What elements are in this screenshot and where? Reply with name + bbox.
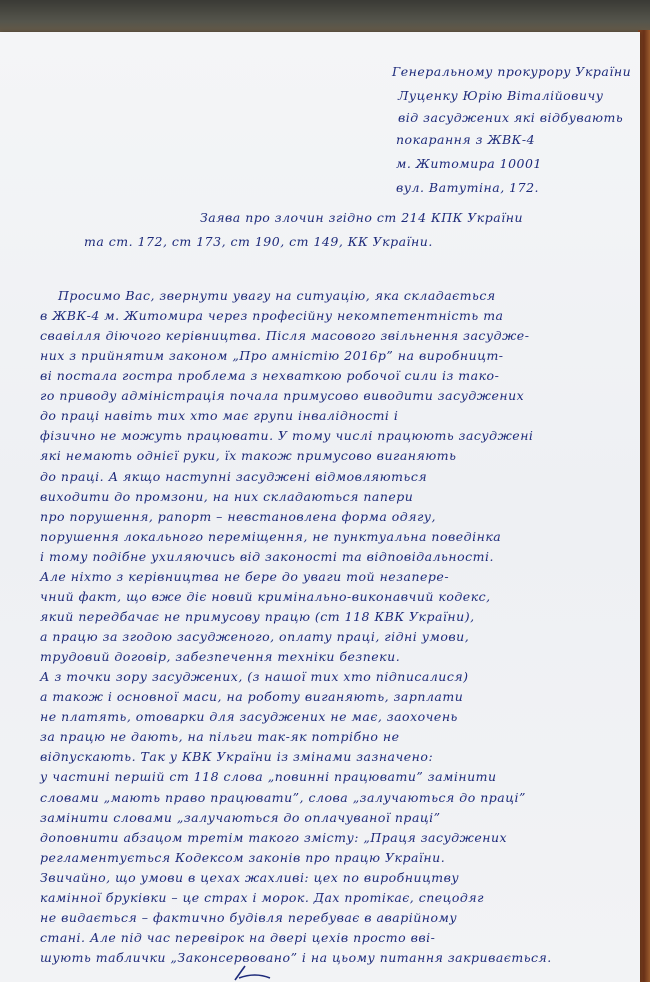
addressee-line: від засуджених які відбувають: [398, 110, 623, 125]
body-line: трудовий договір, забезпечення техніки б…: [40, 649, 400, 664]
body-line: не видається – фактично будівля перебува…: [40, 910, 457, 925]
body-line: чний факт, що вже діє новий кримінально-…: [40, 589, 491, 604]
body-line: них з прийнятим законом „Про амністію 20…: [40, 348, 504, 363]
body-line: го приводу адміністрація почала примусов…: [40, 388, 524, 403]
body-line: за працю не дають, на пільги так-як потр…: [40, 729, 399, 744]
body-line: шують таблички „Законсервовано” і на цьо…: [40, 950, 552, 965]
background-surface: [0, 0, 650, 36]
body-line: замінити словами „залучаються до оплачув…: [40, 810, 441, 825]
body-line: стані. Але під час перевірок на двері це…: [40, 930, 435, 945]
body-line: а також і основної маси, на роботу виган…: [40, 689, 463, 704]
addressee-line: Генеральному прокурору України: [392, 64, 631, 79]
body-line: відпускають. Так у КВК України із змінам…: [40, 749, 433, 764]
body-line: А з точки зору засуджених, (з нашої тих …: [40, 669, 468, 684]
title-line: Заява про злочин згідно ст 214 КПК Украї…: [200, 210, 523, 225]
signature-mark: [225, 962, 275, 982]
addressee-line: Луценку Юрію Віталійовичу: [398, 88, 604, 103]
body-line: до праці навіть тих хто має групи інвалі…: [40, 408, 398, 423]
body-line: доповнити абзацом третім такого змісту: …: [40, 830, 507, 845]
body-line: фізично не можуть працювати. У тому числ…: [40, 428, 533, 443]
body-line: Звичайно, що умови в цехах жахливі: цех …: [40, 870, 459, 885]
body-line: до праці. А якщо наступні засуджені відм…: [40, 469, 427, 484]
body-line: не платять, отоварки для засуджених не м…: [40, 709, 458, 724]
body-line: які немають однієї руки, їх також примус…: [40, 448, 456, 463]
body-line: про порушення, рапорт – невстановлена фо…: [40, 509, 436, 524]
body-line: порушення локального переміщення, не пун…: [40, 529, 501, 544]
body-line: і тому подібне ухиляючись від законості …: [40, 549, 494, 564]
body-line: камінної бруківки – це страх і морок. Да…: [40, 890, 484, 905]
body-line: регламентується Кодексом законів про пра…: [40, 850, 445, 865]
body-line: який передбачає не примусову працю (ст 1…: [40, 609, 475, 624]
addressee-line: м. Житомира 10001: [396, 156, 542, 171]
body-line: Але ніхто з керівництва не бере до уваги…: [40, 569, 449, 584]
addressee-line: покарання з ЖВК-4: [396, 132, 535, 147]
body-line: словами „мають право працювати”, слова „…: [40, 790, 526, 805]
body-line: Просимо Вас, звернути увагу на ситуацію,…: [58, 288, 496, 303]
body-line: а працю за згодою засудженого, оплату пр…: [40, 629, 469, 644]
body-line: ві постала гостра проблема з нехваткою р…: [40, 368, 499, 383]
addressee-line: вул. Ватутіна, 172.: [396, 180, 539, 195]
body-line: свавілля діючого керівництва. Після масо…: [40, 328, 529, 343]
body-line: в ЖВК-4 м. Житомира через професійну нек…: [40, 308, 504, 323]
body-line: у частині першій ст 118 слова „повинні п…: [40, 769, 497, 784]
body-line: виходити до промзони, на них складаються…: [40, 489, 413, 504]
title-line: та ст. 172, ст 173, ст 190, ст 149, КК У…: [84, 234, 433, 249]
